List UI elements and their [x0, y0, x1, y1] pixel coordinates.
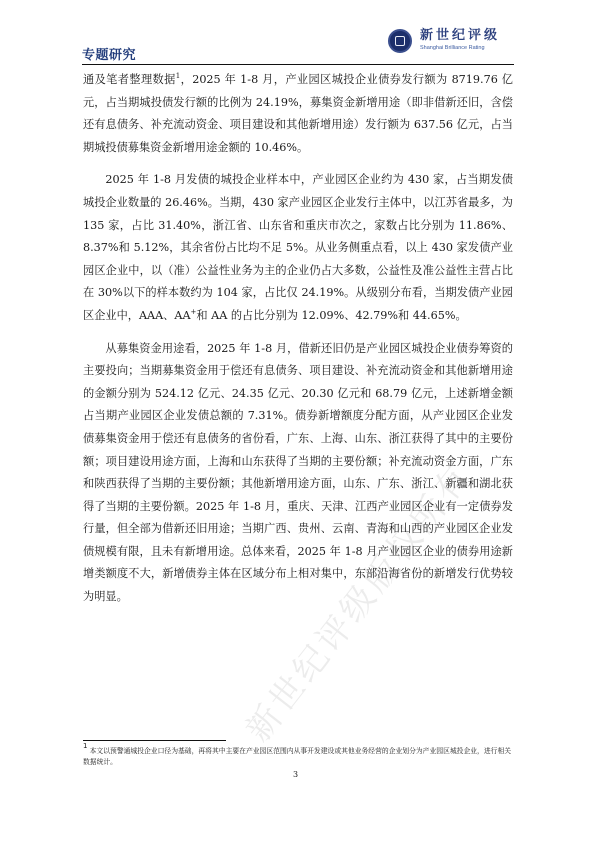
footnote-marker: 1 [83, 742, 87, 750]
logo-name-cn: 新世纪评级 [420, 28, 500, 44]
footnote-divider [83, 740, 226, 741]
brilliance-rating-emblem-icon [388, 29, 412, 53]
section-title: 专题研究 [82, 44, 136, 63]
paragraph-3: 从募集资金用途看，2025 年 1-8 月，借新还旧仍是产业园区城投企业债券筹资… [83, 338, 513, 609]
footnote-text: 本文以预警通城投企业口径为基础，再将其中主要在产业园区范围内从事开发建设或其他业… [83, 747, 511, 766]
brand-logo: 新世纪评级 Shanghai Brilliance Rating [388, 28, 500, 53]
page-number: 3 [293, 770, 298, 779]
paragraph-1: 通及笔者整理数据1，2025 年 1-8 月，产业园区城投企业债券发行额为 87… [83, 69, 513, 159]
document-body: 通及笔者整理数据1，2025 年 1-8 月，产业园区城投企业债券发行额为 87… [83, 69, 513, 609]
header-divider [82, 64, 514, 65]
footnote: 1 本文以预警通城投企业口径为基础，再将其中主要在产业园区范围内从事开发建设或其… [83, 746, 513, 768]
logo-name-en: Shanghai Brilliance Rating [420, 44, 500, 53]
paragraph-2: 2025 年 1-8 月发债的城投企业样本中，产业园区企业约为 430 家，占当… [83, 169, 513, 327]
